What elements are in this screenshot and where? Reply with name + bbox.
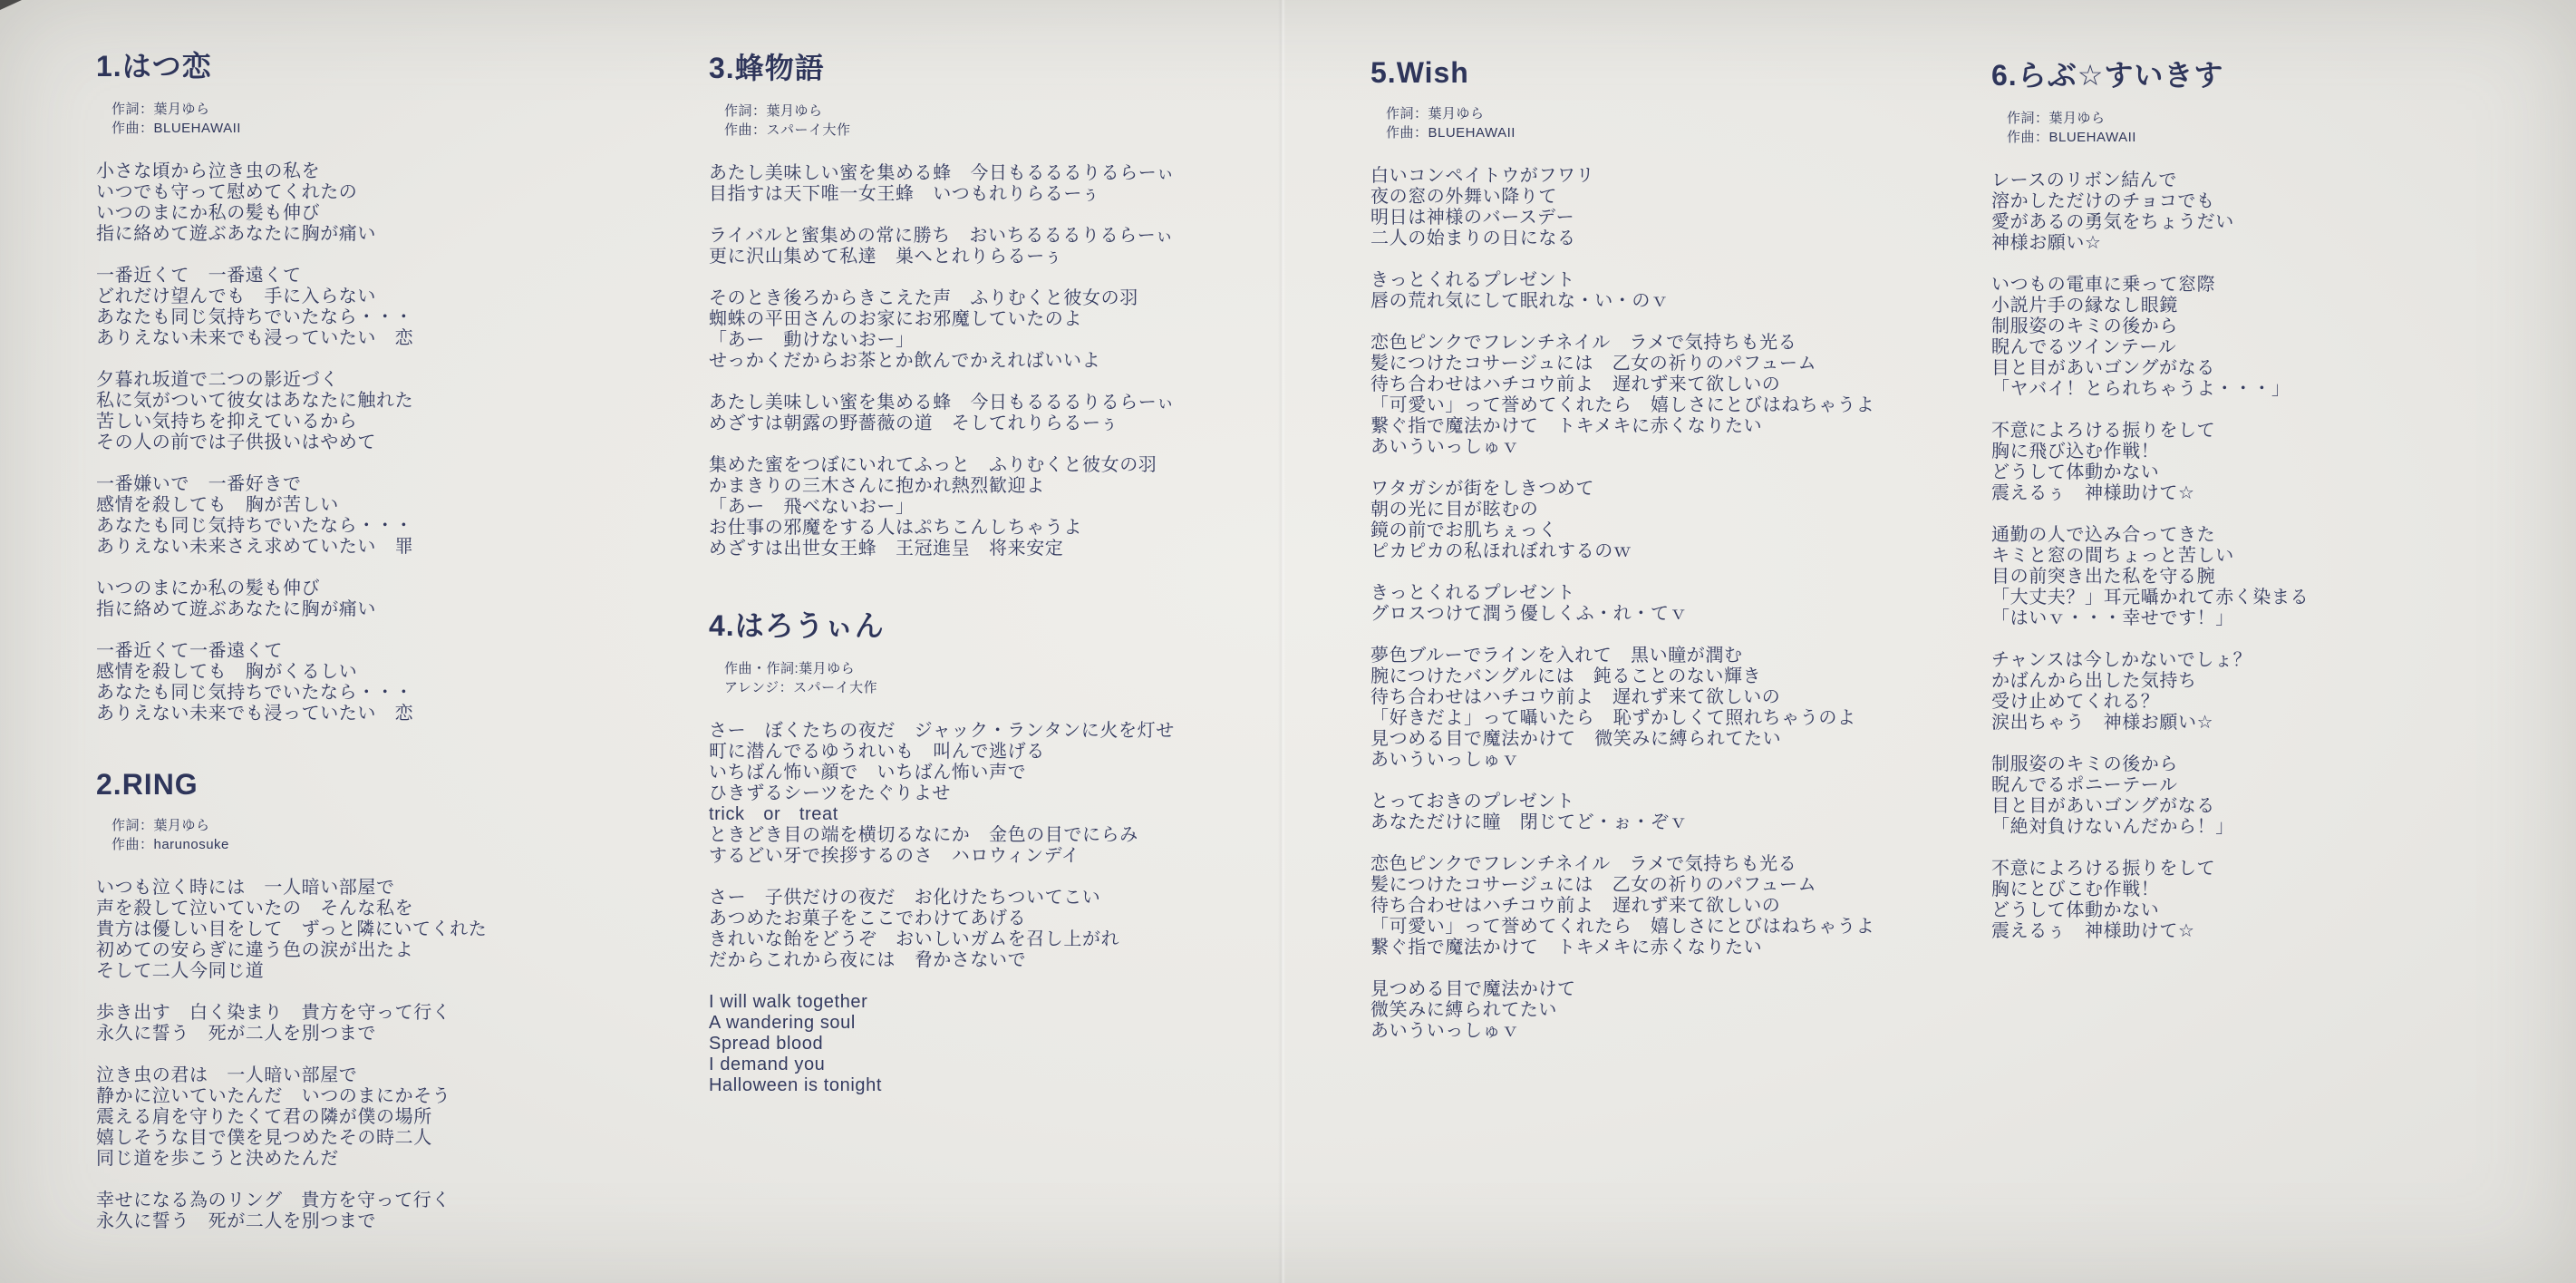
lyric-line: あいういっしゅｖ	[1370, 750, 2005, 771]
lyrics-verse: 夕暮れ坂道で二つの影近づく私に気がついて彼女はあなたに触れた苦しい気持ちを抑えて…	[96, 370, 694, 453]
song-section: 1.はつ恋作詞：葉月ゆら作曲：BLUEHAWAII小さな頃から泣き虫の私をいつで…	[96, 44, 694, 724]
lyrics-verse: とっておきのプレゼントあなただけに瞳 閉じてど・ぉ・ぞｖ	[1370, 792, 2005, 833]
lyric-line: チャンスは今しかないでしょ？	[1991, 650, 2571, 671]
lyrics-verse: きっとくれるプレゼント唇の荒れ気にして眠れな・い・のｖ	[1370, 270, 2005, 312]
lyric-line: あなたも同じ気持ちでいたなら・・・	[96, 307, 694, 328]
lyric-line: さー ぼくたちの夜だ ジャック・ランタンに火を灯せ	[709, 721, 1343, 742]
lyric-line: 見つめる目で魔法かけて	[1370, 979, 2005, 1000]
lyric-line: 一番近くて一番遠くて	[96, 641, 694, 662]
lyrics-verse: 集めた蜜をつぼにいれてふっと ふりむくと彼女の羽かまきりの三木さんに抱かれ熱烈歓…	[709, 455, 1343, 559]
lyric-line: ワタガシが街をしきつめて	[1370, 479, 2005, 500]
song-section: 6.らぶ☆すいきす作詞：葉月ゆら作曲：BLUEHAWAIIレースのリボン結んで溶…	[1991, 53, 2571, 942]
lyric-line: どれだけ望んでも 手に入らない	[96, 287, 694, 307]
lyric-line: 目の前突き出た私を守る腕	[1991, 567, 2571, 588]
lyrics-column-1: 1.はつ恋作詞：葉月ゆら作曲：BLUEHAWAII小さな頃から泣き虫の私をいつで…	[96, 44, 694, 1232]
credit-line: 作曲：スパーイ大作	[724, 121, 1343, 140]
song-title: 4.はろうぃん	[709, 603, 1343, 645]
lyric-line: ライバルと蜜集めの常に勝ち おいちるるるりるらーぃ	[709, 226, 1343, 247]
lyric-line: お仕事の邪魔をする人はぷちこんしちゃうよ	[709, 518, 1343, 539]
lyric-line: さー 子供だけの夜だ お化けたちついてこい	[709, 888, 1343, 909]
lyric-line: かまきりの三木さんに抱かれ熱烈歓迎よ	[709, 476, 1343, 497]
lyric-line: 震えるぅ 神様助けて☆	[1991, 483, 2571, 504]
lyric-line: Spread blood	[709, 1034, 1343, 1055]
lyric-line: 夢色ブルーでラインを入れて 黒い瞳が潤む	[1370, 646, 2005, 666]
lyric-line: 更に沢山集めて私達 巣へとれりらるーぅ	[709, 247, 1343, 267]
lyric-line: 「好きだよ」って囁いたら 恥ずかしくて照れちゃうのよ	[1370, 708, 2005, 729]
lyric-line: 永久に誓う 死が二人を別つまで	[96, 1211, 694, 1232]
lyric-line: 指に絡めて遊ぶあなたに胸が痛い	[96, 599, 694, 620]
lyrics-verse: いつもの電車に乗って窓際小説片手の縁なし眼鏡制服姿のキミの後から睨んでるツインテ…	[1991, 275, 2571, 400]
lyrics-verse: 恋色ピンクでフレンチネイル ラメで気持ちも光る髪につけたコサージュには 乙女の祈…	[1370, 854, 2005, 958]
lyric-line: 声を殺して泣いていたの そんな私を	[96, 899, 694, 919]
lyric-line: 「可愛い」って誉めてくれたら 嬉しさにとびはねちゃうよ	[1370, 395, 2005, 416]
lyric-line: 私に気がついて彼女はあなたに触れた	[96, 391, 694, 412]
credit-line: 作曲：BLUEHAWAII	[111, 119, 694, 138]
lyrics-column-2: 3.蜂物語作詞：葉月ゆら作曲：スパーイ大作あたし美味しい蜜を集める蜂 今日もるる…	[709, 45, 1343, 1096]
lyric-line: ピカピカの私ほれぼれするのｗ	[1370, 541, 2005, 562]
lyrics-verse: 泣き虫の君は 一人暗い部屋で静かに泣いていたんだ いつのまにかそう震える肩を守り…	[96, 1065, 694, 1170]
lyric-line: 恋色ピンクでフレンチネイル ラメで気持ちも光る	[1370, 854, 2005, 875]
lyric-line: いつもの電車に乗って窓際	[1991, 275, 2571, 296]
lyric-line: 貴方は優しい目をして ずっと隣にいてくれた	[96, 919, 694, 940]
lyrics-verse: 幸せになる為のリング 貴方を守って行く永久に誓う 死が二人を別つまで	[96, 1191, 694, 1232]
song-credits: 作詞：葉月ゆら作曲：スパーイ大作	[724, 102, 1343, 140]
lyric-line: 制服姿のキミの後から	[1991, 316, 2571, 337]
lyric-line: 涙出ちゃう 神様お願い☆	[1991, 713, 2571, 734]
lyric-line: 永久に誓う 死が二人を別つまで	[96, 1024, 694, 1045]
lyrics-verse: 一番嫌いで 一番好きで感情を殺しても 胸が苦しいあなたも同じ気持ちでいたなら・・…	[96, 474, 694, 558]
lyric-line: Halloween is tonight	[709, 1075, 1343, 1096]
song-credits: 作曲・作詞:葉月ゆらアレンジ：スパーイ大作	[724, 659, 1343, 697]
song-title: 5.Wish	[1370, 56, 2005, 90]
lyric-line: あなたも同じ気持ちでいたなら・・・	[96, 516, 694, 537]
lyric-line: いつも泣く時には 一人暗い部屋で	[96, 878, 694, 899]
lyric-line: trick or treat	[709, 804, 1343, 825]
lyric-line: 夜の窓の外舞い降りて	[1370, 187, 2005, 208]
credit-line: 作曲：harunosuke	[111, 835, 694, 854]
lyrics-verse: 通勤の人で込み合ってきたキミと窓の間ちょっと苦しい目の前突き出た私を守る腕「大丈…	[1991, 525, 2571, 629]
lyric-line: 「あー 動けないおー」	[709, 330, 1343, 351]
lyric-line: ありえない未来さえ求めていたい 罪	[96, 537, 694, 558]
lyric-line: 目指すは天下唯一女王蜂 いつもれりらるーぅ	[709, 184, 1343, 205]
lyric-line: 指に絡めて遊ぶあなたに胸が痛い	[96, 224, 694, 245]
credit-line: アレンジ：スパーイ大作	[724, 678, 1343, 697]
lyric-line: きれいな飴をどうぞ おいしいガムを召し上がれ	[709, 929, 1343, 950]
lyric-line: 睨んでるポニーテール	[1991, 775, 2571, 796]
lyric-line: 見つめる目で魔法かけて 微笑みに縛られてたい	[1370, 729, 2005, 750]
lyric-line: 待ち合わせはハチコウ前よ 遅れず来て欲しいの	[1370, 687, 2005, 708]
song-credits: 作詞：葉月ゆら作曲：BLUEHAWAII	[2007, 109, 2571, 147]
credit-line: 作詞：葉月ゆら	[2007, 109, 2571, 128]
lyric-line: 溶かしただけのチョコでも	[1991, 191, 2571, 212]
lyric-line: きっとくれるプレゼント	[1370, 583, 2005, 604]
lyrics-verse: ライバルと蜜集めの常に勝ち おいちるるるりるらーぃ更に沢山集めて私達 巣へとれり…	[709, 226, 1343, 267]
lyric-line: そのとき後ろからきこえた声 ふりむくと彼女の羽	[709, 288, 1343, 309]
lyric-line: I demand you	[709, 1055, 1343, 1075]
lyrics-verse: レースのリボン結んで溶かしただけのチョコでも愛があるの勇気をちょうだい神様お願い…	[1991, 170, 2571, 254]
lyric-line: 蜘蛛の平田さんのお家にお邪魔していたのよ	[709, 309, 1343, 330]
lyric-line: とっておきのプレゼント	[1370, 792, 2005, 812]
lyric-line: あいういっしゅｖ	[1370, 1021, 2005, 1042]
credit-line: 作詞：葉月ゆら	[111, 816, 694, 835]
lyric-line: かばんから出した気持ち	[1991, 671, 2571, 692]
lyrics-verse: 恋色ピンクでフレンチネイル ラメで気持ちも光る髪につけたコサージュには 乙女の祈…	[1370, 333, 2005, 458]
lyric-line: 繋ぐ指で魔法かけて トキメキに赤くなりたい	[1370, 938, 2005, 958]
song-title: 2.RING	[96, 768, 694, 802]
lyric-line: 微笑みに縛られてたい	[1370, 1000, 2005, 1021]
lyric-line: あつめたお菓子をここでわけてあげる	[709, 909, 1343, 929]
lyric-line: 睨んでるツインテール	[1991, 337, 2571, 358]
lyrics-verse: そのとき後ろからきこえた声 ふりむくと彼女の羽蜘蛛の平田さんのお家にお邪魔してい…	[709, 288, 1343, 372]
lyrics-verse: いつのまにか私の髪も伸び指に絡めて遊ぶあなたに胸が痛い	[96, 578, 694, 620]
lyric-line: 目と目があいゴングがなる	[1991, 358, 2571, 379]
lyric-line: 繋ぐ指で魔法かけて トキメキに赤くなりたい	[1370, 416, 2005, 437]
lyric-line: 愛があるの勇気をちょうだい	[1991, 212, 2571, 233]
lyric-line: 感情を殺しても 胸が苦しい	[96, 495, 694, 516]
lyric-line: 唇の荒れ気にして眠れな・い・のｖ	[1370, 291, 2005, 312]
lyric-line: いつでも守って慰めてくれたの	[96, 182, 694, 203]
lyric-line: 一番近くて 一番遠くて	[96, 266, 694, 287]
lyric-line: 「あー 飛べないおー」	[709, 497, 1343, 518]
lyrics-verse: 白いコンペイトウがフワリ夜の窓の外舞い降りて明日は神様のバースデー二人の始まりの…	[1370, 166, 2005, 249]
lyric-line: あなただけに瞳 閉じてど・ぉ・ぞｖ	[1370, 812, 2005, 833]
lyrics-verse: 一番近くて 一番遠くてどれだけ望んでも 手に入らないあなたも同じ気持ちでいたなら…	[96, 266, 694, 349]
song-title: 1.はつ恋	[96, 44, 694, 85]
song-section: 5.Wish作詞：葉月ゆら作曲：BLUEHAWAII白いコンペイトウがフワリ夜の…	[1370, 56, 2005, 1042]
lyric-line: 通勤の人で込み合ってきた	[1991, 525, 2571, 546]
lyrics-verse: きっとくれるプレゼントグロスつけて潤う優しくふ・れ・てｖ	[1370, 583, 2005, 625]
lyric-line: いつのまにか私の髪も伸び	[96, 578, 694, 599]
lyric-line: いちばん怖い顔で いちばん怖い声で	[709, 763, 1343, 783]
lyric-line: グロスつけて潤う優しくふ・れ・てｖ	[1370, 604, 2005, 625]
lyric-line: きっとくれるプレゼント	[1370, 270, 2005, 291]
lyric-line: I will walk together	[709, 992, 1343, 1013]
lyric-line: 髪につけたコサージュには 乙女の祈りのパフューム	[1370, 875, 2005, 896]
song-section: 3.蜂物語作詞：葉月ゆら作曲：スパーイ大作あたし美味しい蜜を集める蜂 今日もるる…	[709, 45, 1343, 559]
lyric-line: 不意によろける振りをして	[1991, 859, 2571, 880]
lyrics-verse: あたし美味しい蜜を集める蜂 今日もるるるりるらーぃめざすは朝露の野薔薇の道 そし…	[709, 393, 1343, 434]
lyrics-verse: いつも泣く時には 一人暗い部屋で声を殺して泣いていたの そんな私を貴方は優しい目…	[96, 878, 694, 982]
lyrics-verse: I will walk togetherA wandering soulSpre…	[709, 992, 1343, 1096]
lyric-line: 小さな頃から泣き虫の私を	[96, 161, 694, 182]
lyric-line: 町に潜んでるゆうれいも 叫んで逃げる	[709, 742, 1343, 763]
lyric-line: 不意によろける振りをして	[1991, 421, 2571, 442]
lyric-line: だからこれから夜には 脅かさないで	[709, 950, 1343, 971]
lyric-line: 白いコンペイトウがフワリ	[1370, 166, 2005, 187]
lyric-line: ときどき目の端を横切るなにか 金色の目でにらみ	[709, 825, 1343, 846]
lyric-line: 苦しい気持ちを抑えているから	[96, 412, 694, 433]
song-section: 2.RING作詞：葉月ゆら作曲：harunosukeいつも泣く時には 一人暗い部…	[96, 768, 694, 1232]
lyric-line: 歩き出す 白く染まり 貴方を守って行く	[96, 1003, 694, 1024]
lyric-line: 泣き虫の君は 一人暗い部屋で	[96, 1065, 694, 1086]
lyrics-verse: さー 子供だけの夜だ お化けたちついてこいあつめたお菓子をここでわけてあげるきれ…	[709, 888, 1343, 971]
lyric-line: 受け止めてくれる？	[1991, 692, 2571, 713]
lyric-line: 「はいｖ・・・幸せです！」	[1991, 608, 2571, 629]
lyric-line: キミと窓の間ちょっと苦しい	[1991, 546, 2571, 567]
lyrics-verse: ワタガシが街をしきつめて朝の光に目が眩むの鏡の前でお肌ちぇっくピカピカの私ほれぼ…	[1370, 479, 2005, 562]
lyric-line: あたし美味しい蜜を集める蜂 今日もるるるりるらーぃ	[709, 393, 1343, 413]
lyric-line: いつのまにか私の髪も伸び	[96, 203, 694, 224]
lyric-line: ありえない未来でも浸っていたい 恋	[96, 704, 694, 724]
lyric-line: 胸に飛び込む作戦！	[1991, 442, 2571, 462]
credit-line: 作詞：葉月ゆら	[111, 100, 694, 119]
lyric-line: するどい牙で挨拶するのさ ハロウィンデイ	[709, 846, 1343, 867]
lyric-line: 幸せになる為のリング 貴方を守って行く	[96, 1191, 694, 1211]
lyric-line: 制服姿のキミの後から	[1991, 754, 2571, 775]
lyric-line: 小説片手の縁なし眼鏡	[1991, 296, 2571, 316]
lyric-line: 胸にとびこむ作戦！	[1991, 880, 2571, 900]
lyric-line: レースのリボン結んで	[1991, 170, 2571, 191]
song-credits: 作詞：葉月ゆら作曲：BLUEHAWAII	[1386, 104, 2005, 142]
lyric-line: めざすは出世女王蜂 王冠進呈 将来安定	[709, 539, 1343, 559]
scan-corner-artifact	[0, 0, 22, 10]
lyric-line: その人の前では子供扱いはやめて	[96, 433, 694, 453]
lyric-line: 目と目があいゴングがなる	[1991, 796, 2571, 817]
lyric-line: 感情を殺しても 胸がくるしい	[96, 662, 694, 683]
lyric-line: ありえない未来でも浸っていたい 恋	[96, 328, 694, 349]
lyric-line: 「大丈夫？」耳元囁かれて赤く染まる	[1991, 588, 2571, 608]
lyric-line: 恋色ピンクでフレンチネイル ラメで気持ちも光る	[1370, 333, 2005, 354]
lyrics-verse: チャンスは今しかないでしょ？かばんから出した気持ち受け止めてくれる？涙出ちゃう …	[1991, 650, 2571, 734]
song-credits: 作詞：葉月ゆら作曲：harunosuke	[111, 816, 694, 854]
lyrics-verse: 制服姿のキミの後から睨んでるポニーテール目と目があいゴングがなる「絶対負けないん…	[1991, 754, 2571, 838]
lyrics-column-3: 5.Wish作詞：葉月ゆら作曲：BLUEHAWAII白いコンペイトウがフワリ夜の…	[1370, 56, 2005, 1042]
lyric-line: 二人の始まりの日になる	[1370, 228, 2005, 249]
lyric-line: せっかくだからお茶とか飲んでかえればいいよ	[709, 351, 1343, 372]
lyrics-column-4: 6.らぶ☆すいきす作詞：葉月ゆら作曲：BLUEHAWAIIレースのリボン結んで溶…	[1991, 53, 2571, 942]
lyrics-verse: さー ぼくたちの夜だ ジャック・ランタンに火を灯せ町に潜んでるゆうれいも 叫んで…	[709, 721, 1343, 867]
credit-line: 作詞：葉月ゆら	[724, 102, 1343, 121]
song-credits: 作詞：葉月ゆら作曲：BLUEHAWAII	[111, 100, 694, 138]
lyric-line: 「ヤバイ！とられちゃうよ・・・」	[1991, 379, 2571, 400]
credit-line: 作曲・作詞:葉月ゆら	[724, 659, 1343, 678]
lyric-line: 鏡の前でお肌ちぇっく	[1370, 520, 2005, 541]
lyric-line: 同じ道を歩こうと決めたんだ	[96, 1149, 694, 1170]
lyrics-verse: あたし美味しい蜜を集める蜂 今日もるるるりるらーぃ目指すは天下唯一女王蜂 いつも…	[709, 163, 1343, 205]
lyric-line: 待ち合わせはハチコウ前よ 遅れず来て欲しいの	[1370, 896, 2005, 917]
lyric-line: 静かに泣いていたんだ いつのまにかそう	[96, 1086, 694, 1107]
lyric-line: 明日は神様のバースデー	[1370, 208, 2005, 228]
lyrics-verse: 歩き出す 白く染まり 貴方を守って行く永久に誓う 死が二人を別つまで	[96, 1003, 694, 1045]
lyric-line: 震えるぅ 神様助けて☆	[1991, 921, 2571, 942]
lyrics-verse: 不意によろける振りをして胸にとびこむ作戦！どうして体動かない震えるぅ 神様助けて…	[1991, 859, 2571, 942]
lyric-line: あいういっしゅｖ	[1370, 437, 2005, 458]
credit-line: 作曲：BLUEHAWAII	[1386, 123, 2005, 142]
lyric-line: 夕暮れ坂道で二つの影近づく	[96, 370, 694, 391]
lyrics-booklet-page: 1.はつ恋作詞：葉月ゆら作曲：BLUEHAWAII小さな頃から泣き虫の私をいつで…	[0, 0, 2576, 1283]
lyric-line: 集めた蜜をつぼにいれてふっと ふりむくと彼女の羽	[709, 455, 1343, 476]
lyric-line: 「可愛い」って誉めてくれたら 嬉しさにとびはねちゃうよ	[1370, 917, 2005, 938]
lyric-line: 震える肩を守りたくて君の隣が僕の場所	[96, 1107, 694, 1128]
lyric-line: 神様お願い☆	[1991, 233, 2571, 254]
lyrics-verse: 一番近くて一番遠くて感情を殺しても 胸がくるしいあなたも同じ気持ちでいたなら・・…	[96, 641, 694, 724]
credit-line: 作詞：葉月ゆら	[1386, 104, 2005, 123]
lyrics-verse: 不意によろける振りをして胸に飛び込む作戦！どうして体動かない震えるぅ 神様助けて…	[1991, 421, 2571, 504]
lyric-line: ひきずるシーツをたぐりよせ	[709, 783, 1343, 804]
lyric-line: 待ち合わせはハチコウ前よ 遅れず来て欲しいの	[1370, 374, 2005, 395]
lyric-line: 一番嫌いで 一番好きで	[96, 474, 694, 495]
lyric-line: めざすは朝露の野薔薇の道 そしてれりらるーぅ	[709, 413, 1343, 434]
lyric-line: 髪につけたコサージュには 乙女の祈りのパフューム	[1370, 354, 2005, 374]
lyric-line: 「絶対負けないんだから！」	[1991, 817, 2571, 838]
lyric-line: あなたも同じ気持ちでいたなら・・・	[96, 683, 694, 704]
lyric-line: 朝の光に目が眩むの	[1370, 500, 2005, 520]
lyrics-verse: 小さな頃から泣き虫の私をいつでも守って慰めてくれたのいつのまにか私の髪も伸び指に…	[96, 161, 694, 245]
lyric-line: 嬉しそうな目で僕を見つめたその時二人	[96, 1128, 694, 1149]
lyric-line: そして二人今同じ道	[96, 961, 694, 982]
lyrics-verse: 見つめる目で魔法かけて微笑みに縛られてたいあいういっしゅｖ	[1370, 979, 2005, 1042]
song-section: 4.はろうぃん作曲・作詞:葉月ゆらアレンジ：スパーイ大作さー ぼくたちの夜だ ジ…	[709, 603, 1343, 1096]
lyric-line: どうして体動かない	[1991, 900, 2571, 921]
lyric-line: 初めての安らぎに違う色の涙が出たよ	[96, 940, 694, 961]
lyric-line: どうして体動かない	[1991, 462, 2571, 483]
lyric-line: あたし美味しい蜜を集める蜂 今日もるるるりるらーぃ	[709, 163, 1343, 184]
lyric-line: 腕につけたバングルには 鈍ることのない輝き	[1370, 666, 2005, 687]
lyric-line: A wandering soul	[709, 1013, 1343, 1034]
song-title: 6.らぶ☆すいきす	[1991, 53, 2571, 94]
song-title: 3.蜂物語	[709, 45, 1343, 87]
credit-line: 作曲：BLUEHAWAII	[2007, 128, 2571, 147]
lyrics-verse: 夢色ブルーでラインを入れて 黒い瞳が潤む腕につけたバングルには 鈍ることのない輝…	[1370, 646, 2005, 771]
